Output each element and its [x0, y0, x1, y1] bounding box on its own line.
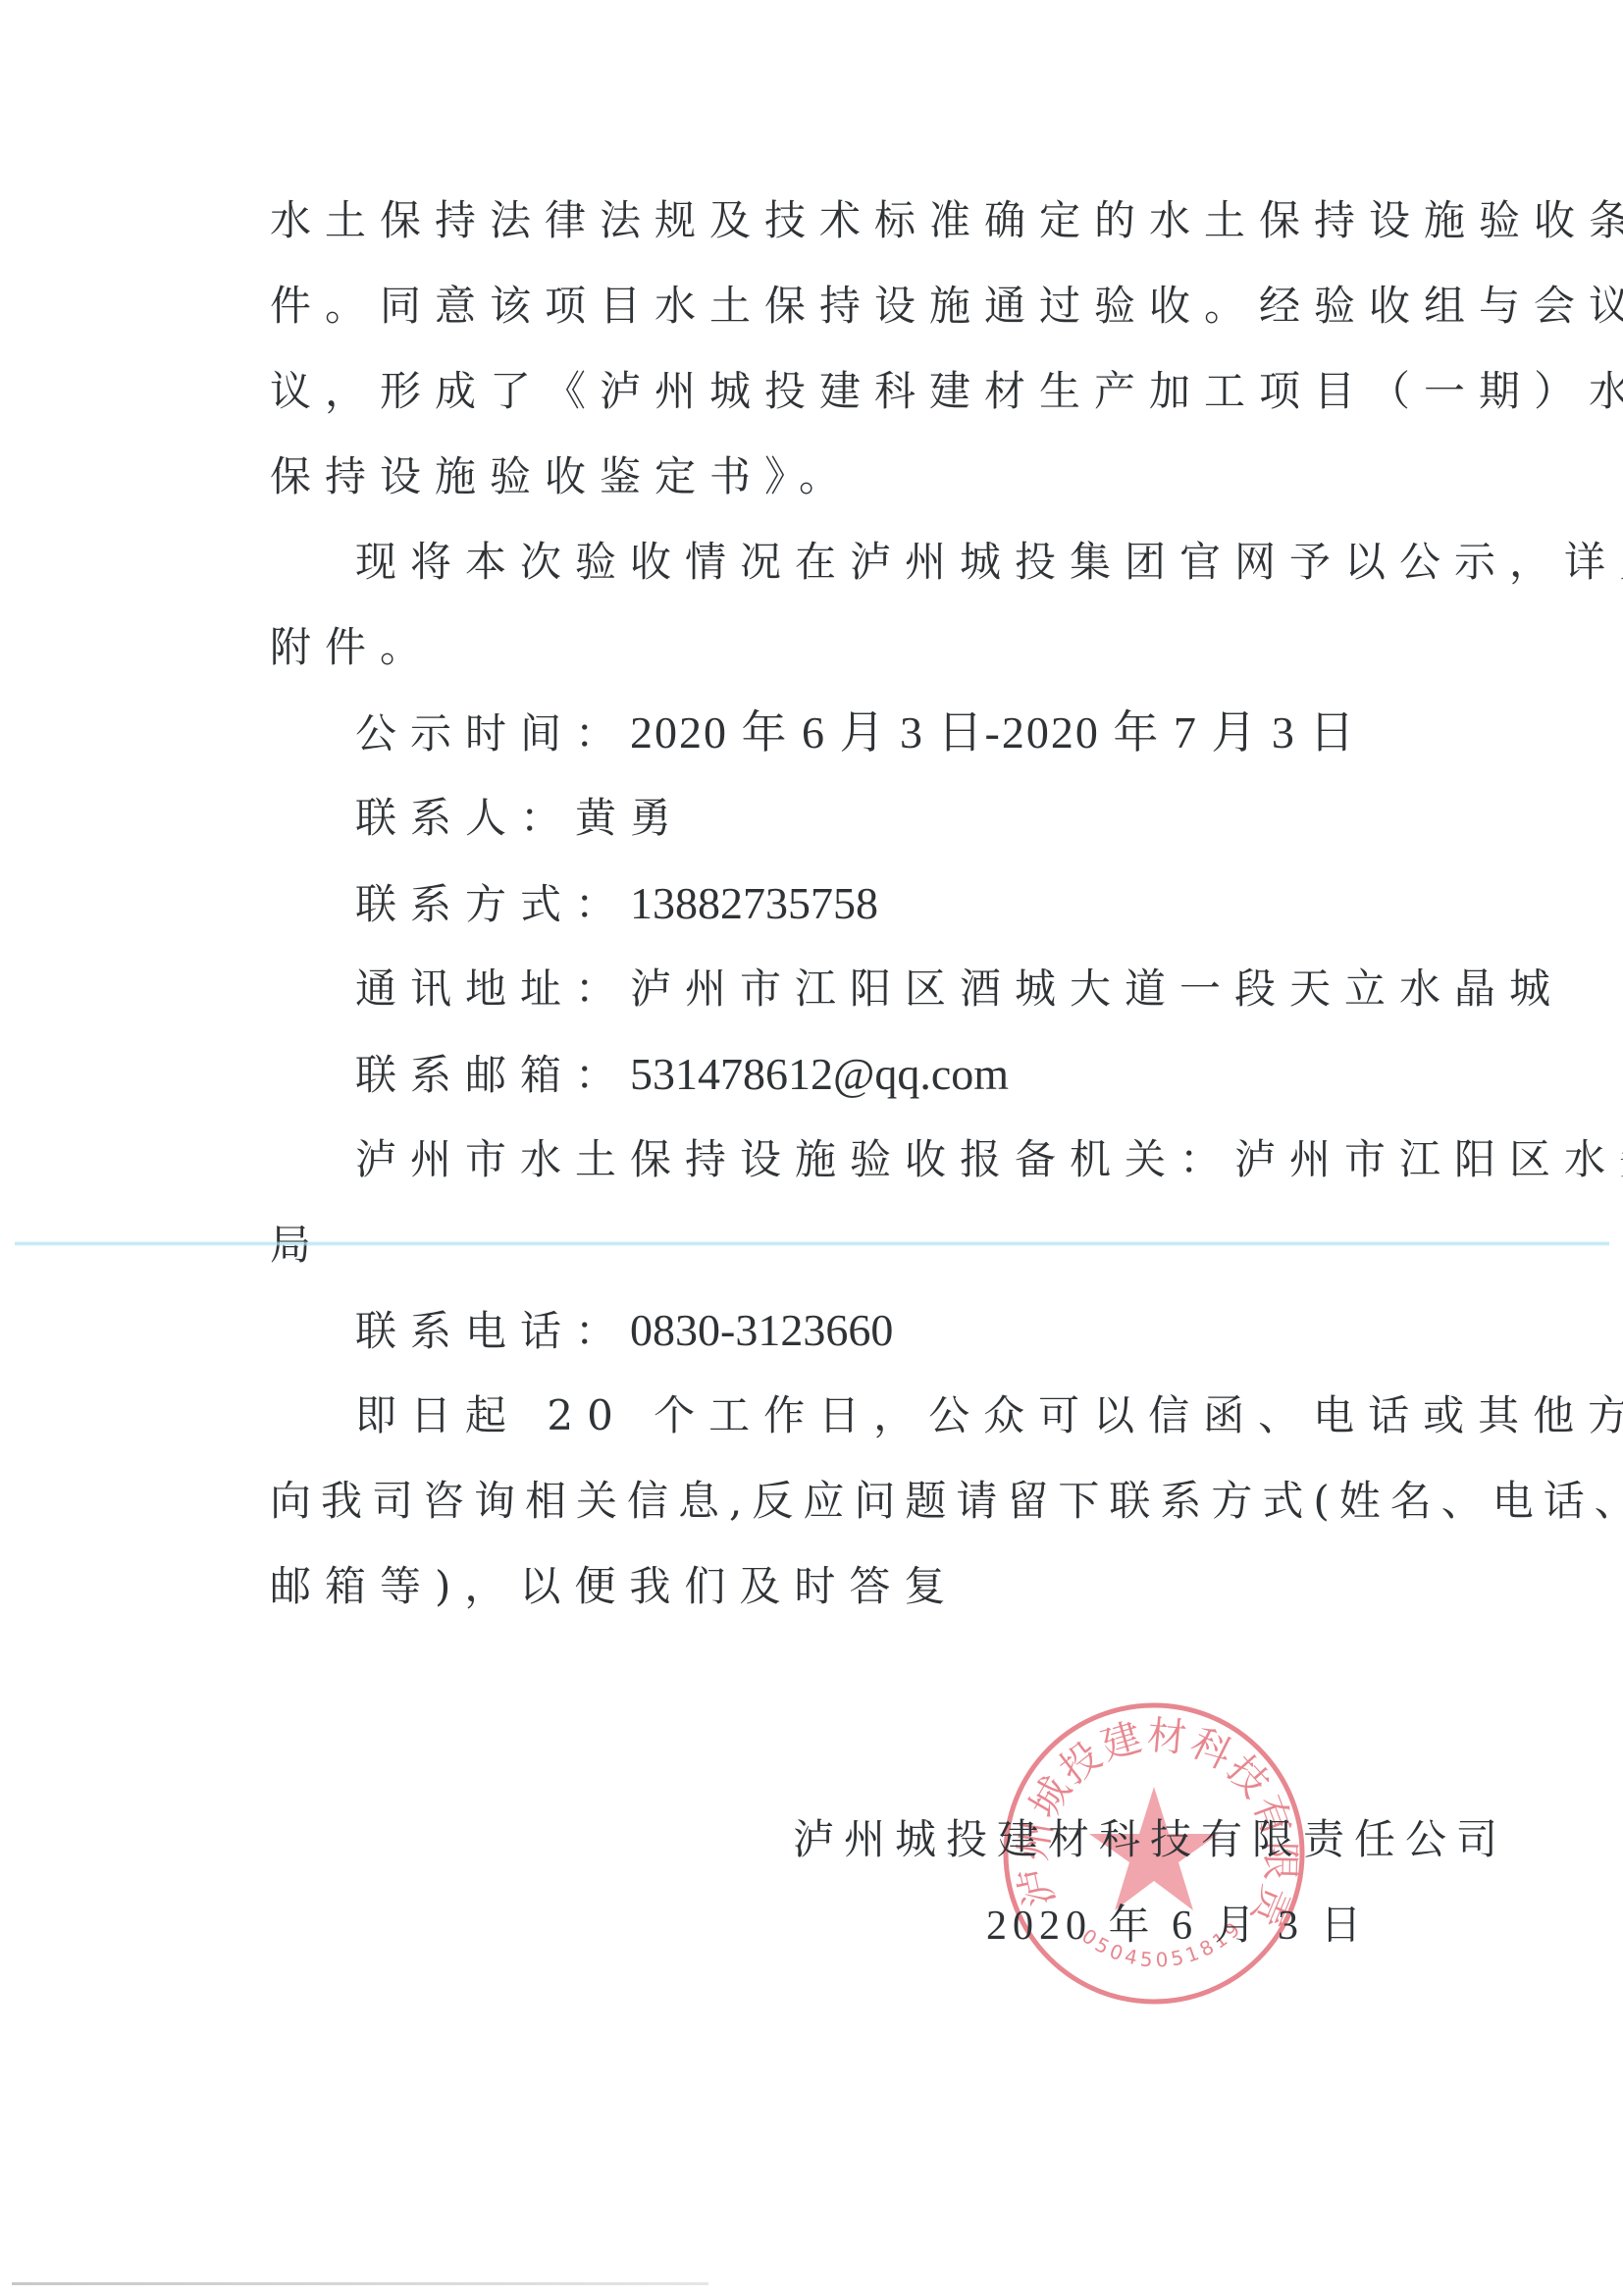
publicity-period-label: 公示时间：: [355, 709, 630, 757]
contact-phone: 联系方式：13882735758: [355, 879, 878, 929]
authority-phone-label: 联系电话：: [355, 1307, 630, 1355]
filing-authority-line-1: 泸州市水土保持设施验收报备机关：泸州市江阳区水务: [355, 1135, 1623, 1184]
mailing-address-label: 通讯地址：: [355, 965, 630, 1013]
paragraph-2-line-1: 现将本次验收情况在泸州城投集团官网予以公示，详见: [355, 538, 1623, 587]
mailing-address-value: 泸州市江阳区酒城大道一段天立水晶城: [630, 965, 1564, 1013]
contact-person: 联系人：黄勇: [355, 794, 685, 843]
notice-line-2: 向我司咨询相关信息,反应问题请留下联系方式(姓名、电话、: [270, 1477, 1623, 1526]
notice-line-1: 即日起 20 个工作日，公众可以信函、电话或其他方式: [355, 1391, 1623, 1440]
notice-line-3: 邮箱等)，以便我们及时答复: [270, 1562, 959, 1611]
paragraph-2-line-2: 附件。: [270, 623, 435, 672]
contact-email-label: 联系邮箱：: [355, 1051, 630, 1099]
authority-phone: 联系电话：0830-3123660: [355, 1306, 893, 1356]
contact-phone-label: 联系方式：: [355, 880, 630, 928]
publicity-period-value: 2020 年 6 月 3 日-2020 年 7 月 3 日: [630, 707, 1356, 757]
signature-company: 泸州城投建材科技有限责任公司: [793, 1815, 1507, 1864]
paragraph-1-line-3: 议，形成了《泸州城投建科建材生产加工项目（一期）水土: [270, 367, 1623, 416]
signature-date: 2020 年 6 月 3 日: [986, 1902, 1368, 1951]
contact-phone-value: 13882735758: [630, 878, 878, 928]
paragraph-1-line-1: 水土保持法律法规及技术标准确定的水土保持设施验收条: [270, 196, 1623, 245]
publicity-period: 公示时间：2020 年 6 月 3 日-2020 年 7 月 3 日: [355, 708, 1356, 758]
paragraph-1-line-2: 件。同意该项目水土保持设施通过验收。经验收组与会议审: [270, 282, 1623, 331]
contact-person-label: 联系人：: [355, 794, 575, 842]
contact-person-value: 黄勇: [575, 794, 685, 842]
contact-email-value: 531478612@qq.com: [630, 1049, 1009, 1099]
contact-email: 联系邮箱：531478612@qq.com: [355, 1050, 1009, 1100]
authority-phone-value: 0830-3123660: [630, 1305, 893, 1355]
mailing-address: 通讯地址：泸州市江阳区酒城大道一段天立水晶城: [355, 965, 1564, 1014]
scan-artifact-line: [15, 1241, 1609, 1246]
scan-artifact-bottom-line: [12, 2282, 708, 2285]
paragraph-1-line-4: 保持设施验收鉴定书》。: [270, 452, 854, 501]
